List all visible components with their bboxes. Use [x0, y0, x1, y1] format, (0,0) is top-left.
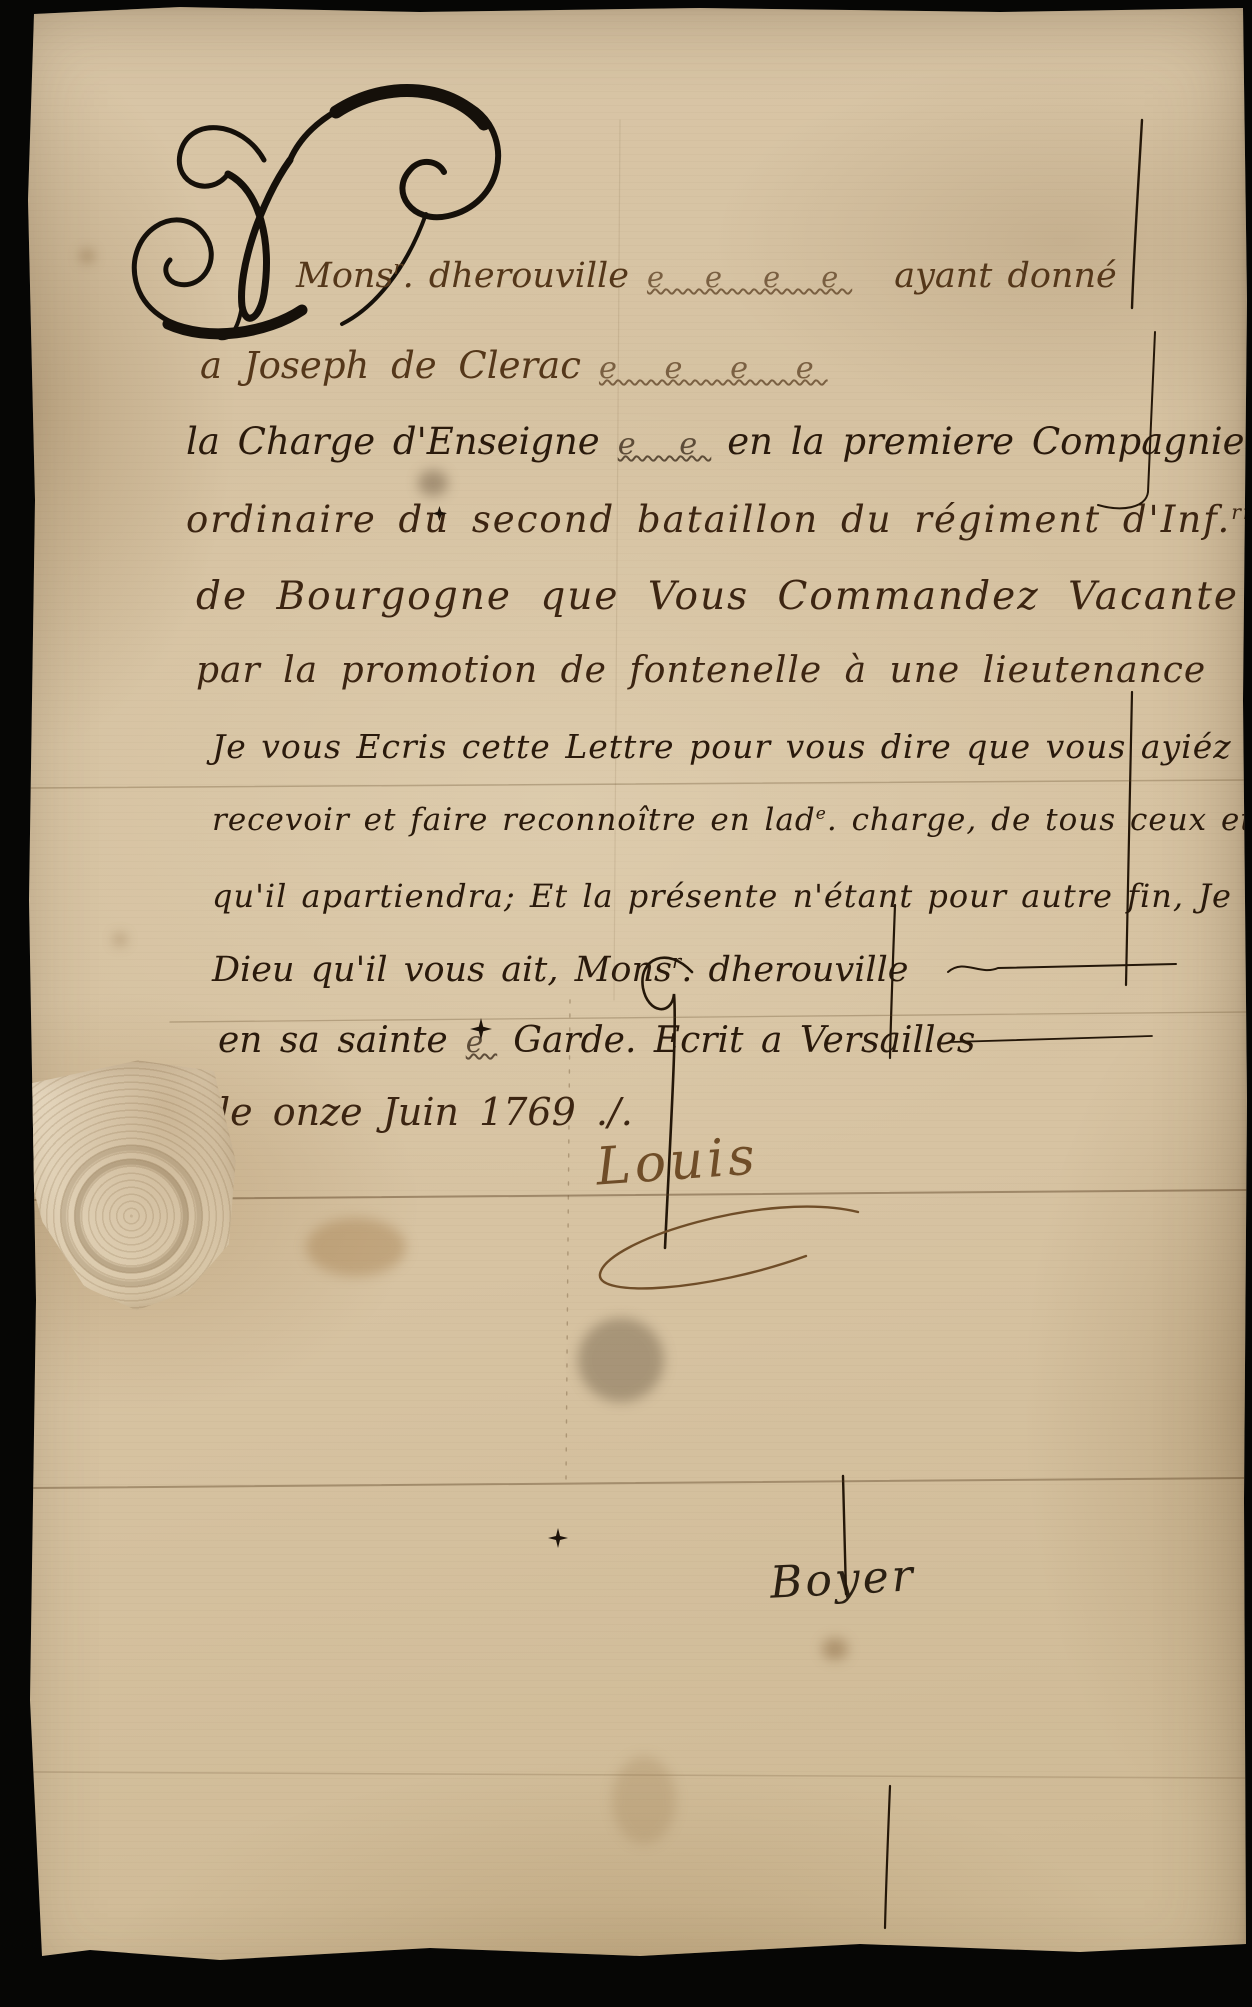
ink-blot: [548, 1528, 568, 1548]
fold-creases: [0, 0, 1252, 2007]
text-line-l9: qu'il apartiendra; Et la présente n'étan…: [212, 877, 1252, 915]
margin-bracket-line1: [1132, 120, 1142, 308]
flourish-after-dherouville: [948, 964, 1176, 972]
filler-squiggle: e e e e: [647, 260, 852, 294]
text-segment: r: [393, 256, 402, 279]
text-segment: la Charge d'Enseigne: [186, 420, 600, 463]
ink-smudge: [418, 470, 448, 496]
text-segment: . charge, de tous ceux et ainsi: [827, 802, 1252, 838]
text-segment: a Joseph de Clerac: [200, 344, 581, 387]
text-segment: par la promotion de fontenelle à une lie…: [196, 650, 1206, 691]
flourish-after-versailles: [952, 1036, 1152, 1042]
stain: [578, 1318, 664, 1402]
text-line-l11: en sa sainteeGarde. Ecrit a Versailles: [218, 1020, 975, 1061]
text-line-l6: par la promotion de fontenelle à une lie…: [196, 650, 1206, 691]
text-segment: qu'il apartiendra; Et la présente n'étan…: [212, 877, 1252, 915]
text-segment: le onze Juin 1769 ./.: [218, 1090, 633, 1134]
manuscript-scan: { "document": { "ornamental_initial": "M…: [0, 0, 1252, 2007]
stain: [822, 1638, 848, 1660]
stroke-bottom-right: [885, 1786, 890, 1928]
text-line-l10: Dieu qu'il vous ait, Monsr. dherouville: [212, 950, 909, 990]
text-segment: r: [672, 950, 681, 973]
foxing-spot: [80, 250, 94, 262]
text-segment: de Bourgogne que Vous Commandez Vacante: [196, 574, 1239, 619]
signature-flourish: [600, 1207, 858, 1289]
text-line-l1: Monsr. dherouvillee e e eayant donné: [296, 256, 1117, 296]
text-line-l3: la Charge d'Enseignee een la premiere Co…: [186, 420, 1245, 463]
text-segment: rie: [1231, 500, 1252, 524]
text-line-l2: a Joseph de Clerace e e e: [200, 344, 844, 387]
text-segment: . dherouville: [681, 950, 908, 990]
manuscript-page: Monsr. dherouvillee e e eayant donnéa Jo…: [0, 0, 1252, 2007]
text-line-l12: le onze Juin 1769 ./.: [218, 1090, 633, 1134]
text-segment: ordinaire du second bataillon du régimen…: [186, 498, 1231, 541]
text-line-l7: Je vous Ecris cette Lettre pour vous dir…: [212, 727, 1252, 766]
pen-strokes: [0, 0, 1252, 2007]
text-segment: . dherouville: [403, 256, 629, 296]
royal-signature: Louis: [594, 1126, 760, 1197]
text-segment: Garde. Ecrit a Versailles: [513, 1020, 975, 1061]
text-segment: Mons: [296, 256, 393, 296]
text-segment: en la premiere Compagnie: [727, 420, 1244, 463]
text-line-l8: recevoir et faire reconnoître en lade. c…: [212, 802, 1252, 838]
stain: [612, 1756, 676, 1844]
wax-seal: [12, 1050, 253, 1322]
text-segment: recevoir et faire reconnoître en lad: [212, 802, 816, 838]
stain: [306, 1218, 406, 1276]
paraph-stroke: [642, 958, 692, 1248]
foxing-spot: [114, 934, 126, 945]
ornamental-initial-m: [92, 42, 522, 347]
text-segment: e: [816, 804, 827, 824]
text-segment: Je vous Ecris cette Lettre pour vous dir…: [212, 727, 1252, 766]
text-segment: en sa sainte: [218, 1020, 448, 1061]
text-segment: ayant donné: [894, 256, 1117, 296]
countersignature: Boyer: [769, 1550, 917, 1609]
filler-squiggle: e e: [618, 427, 712, 462]
text-line-l5: de Bourgogne que Vous Commandez Vacante: [196, 574, 1239, 619]
text-line-l4: ordinaire du second bataillon du régimen…: [186, 498, 1252, 541]
filler-squiggle: e e e e: [599, 351, 828, 386]
text-segment: Dieu qu'il vous ait, Mons: [212, 950, 672, 990]
